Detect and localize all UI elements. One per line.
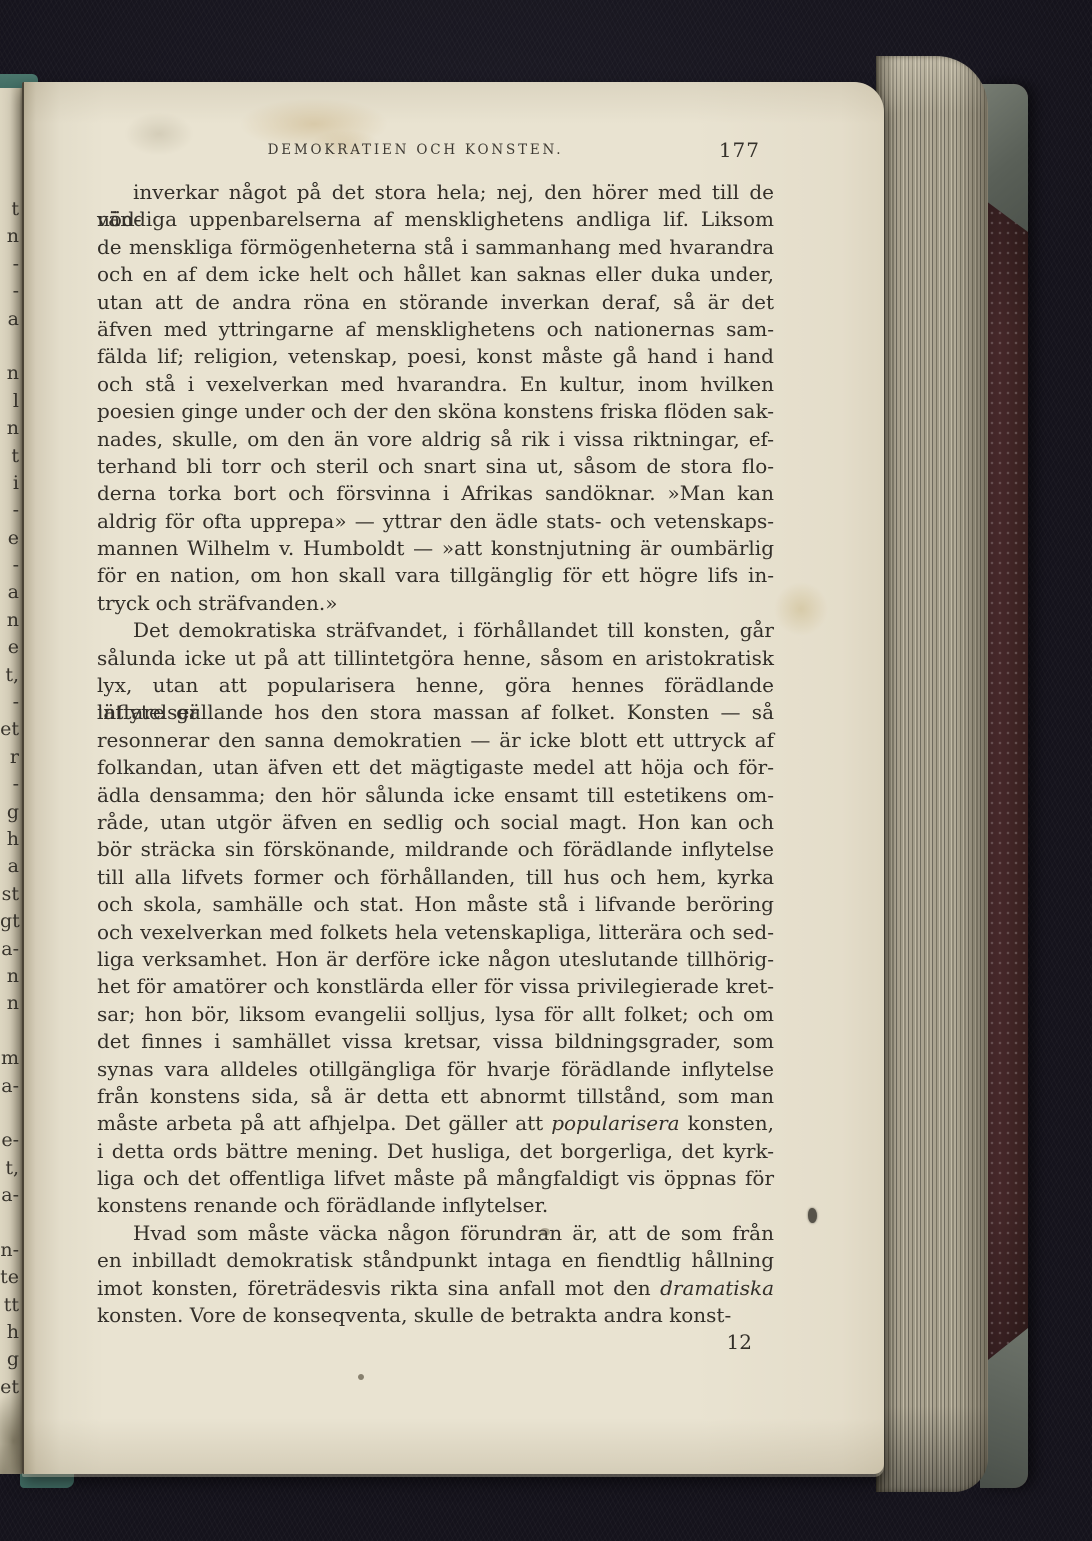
left-page-line-fragment: g	[0, 799, 19, 826]
left-page-line-fragment: t	[0, 443, 19, 470]
text-line: och stå i vexelverkan med hvarandra. En …	[97, 371, 774, 398]
text-line: det finnes i samhället vissa kretsar, vi…	[97, 1028, 774, 1055]
text-line: äfven med yttringarne af mensklighetens …	[97, 316, 774, 343]
text-line: i detta ords bättre mening. Det husliga,…	[97, 1138, 774, 1165]
text-line: sar; hon bör, liksom evangelii solljus, …	[97, 1001, 774, 1028]
text-line: terhand bli torr och steril och snart si…	[97, 453, 774, 480]
left-page-line-fragment: n-	[0, 1237, 19, 1264]
foxing-stain	[772, 582, 830, 636]
text-line: folkandan, utan äfven ett det mägtigaste…	[97, 754, 774, 781]
text-line: fälda lif; religion, vetenskap, poesi, k…	[97, 343, 774, 370]
text-line: resonnerar den sanna demokratien — är ic…	[97, 727, 774, 754]
text-line: råde, utan utgör äfven en sedlig och soc…	[97, 809, 774, 836]
left-page-line-fragment: -	[0, 278, 19, 305]
left-page-line-fragment: -	[0, 771, 19, 798]
text-line: ädla densamma; den hör sålunda icke ensa…	[97, 782, 774, 809]
text-line: och vexelverkan med folkets hela vetensk…	[97, 919, 774, 946]
left-page-line-fragment: et	[0, 1374, 19, 1401]
left-page-line-fragment: st	[0, 881, 19, 908]
signature-mark: 12	[727, 1330, 752, 1354]
left-page-line-fragment: -	[0, 552, 19, 579]
book-fore-edge-pages	[876, 56, 988, 1492]
left-page-line-fragment: -	[0, 251, 19, 278]
text-line: de menskliga förmögenheterna stå i samma…	[97, 234, 774, 261]
left-page-line-fragment: n	[0, 607, 19, 634]
chapter-title: DEMOKRATIEN OCH KONSTEN.	[97, 142, 774, 158]
facing-page-sliver: tn--anlnti-e-anet,-etr-ghastgta-nnma-e-t…	[0, 88, 22, 1474]
text-line: Hvad som måste väcka någon förundran är,…	[97, 1220, 774, 1247]
ink-blot	[808, 1208, 817, 1223]
left-page-line-fragment: i	[0, 470, 19, 497]
left-page-line-fragment: gt	[0, 908, 19, 935]
text-line: bör sträcka sin förskönande, mildrande o…	[97, 836, 774, 863]
left-page-line-fragment: n	[0, 223, 19, 250]
left-page-line-fragment: a-	[0, 1182, 19, 1209]
text-line: och en af dem icke helt och hållet kan s…	[97, 261, 774, 288]
text-line: en inbilladt demokratisk ståndpunkt inta…	[97, 1247, 774, 1274]
left-page-line-fragment	[0, 333, 19, 360]
text-line: utan att de andra röna en störande inver…	[97, 289, 774, 316]
text-line: inverkar något på det stora hela; nej, d…	[97, 179, 774, 206]
text-line: tryck och sträfvanden.»	[97, 590, 774, 617]
left-page-line-fragment: n	[0, 990, 19, 1017]
left-page-line-fragment: t,	[0, 662, 19, 689]
text-line: sålunda icke ut på att tillintetgöra hen…	[97, 645, 774, 672]
text-line: från konstens sida, så är detta ett abno…	[97, 1083, 774, 1110]
left-page-line-fragment: t	[0, 196, 19, 223]
left-page-line-fragment: l	[0, 388, 19, 415]
facing-page-text-fragments: tn--anlnti-e-anet,-etr-ghastgta-nnma-e-t…	[0, 196, 19, 1401]
text-line: liga och det offentliga lifvet måste på …	[97, 1165, 774, 1192]
left-page-line-fragment: e	[0, 634, 19, 661]
left-page-line-fragment: h	[0, 1319, 19, 1346]
left-page-line-fragment: et	[0, 716, 19, 743]
signature-line: 12	[97, 1329, 774, 1356]
text-line: måste arbeta på att afhjelpa. Det gäller…	[97, 1110, 774, 1137]
book-page: DEMOKRATIEN OCH KONSTEN. 177 inverkar nå…	[22, 82, 884, 1474]
text-line: poesien ginge under och der den sköna ko…	[97, 398, 774, 425]
text-line: liga verksamhet. Hon är derföre icke någ…	[97, 946, 774, 973]
text-line: konstens renande och förädlande inflytel…	[97, 1192, 774, 1219]
photo-backdrop: tn--anlnti-e-anet,-etr-ghastgta-nnma-e-t…	[0, 0, 1092, 1541]
left-page-line-fragment: te	[0, 1264, 19, 1291]
left-page-line-fragment: -	[0, 497, 19, 524]
left-page-line-fragment: e-	[0, 1127, 19, 1154]
left-page-line-fragment: e	[0, 525, 19, 552]
text-line: lyx, utan att popularisera henne, göra h…	[97, 672, 774, 699]
text-line: synas vara alldeles otillgängliga för hv…	[97, 1056, 774, 1083]
left-page-line-fragment: tt	[0, 1292, 19, 1319]
left-page-line-fragment: a-	[0, 1073, 19, 1100]
left-page-line-fragment: a	[0, 306, 19, 333]
left-page-line-fragment: g	[0, 1346, 19, 1373]
left-page-line-fragment: -	[0, 689, 19, 716]
text-line: het för amatörer och konstlärda eller fö…	[97, 973, 774, 1000]
page-number: 177	[719, 138, 760, 162]
left-page-line-fragment	[0, 1018, 19, 1045]
text-line: nades, skulle, om den än vore aldrig så …	[97, 426, 774, 453]
left-page-line-fragment	[0, 1209, 19, 1236]
text-line: till alla lifvets former och förhållande…	[97, 864, 774, 891]
left-page-line-fragment: a	[0, 853, 19, 880]
text-line: derna torka bort och försvinna i Afrikas…	[97, 480, 774, 507]
left-page-line-fragment: h	[0, 826, 19, 853]
left-page-line-fragment: n	[0, 360, 19, 387]
text-line: imot konsten, företrädesvis rikta sina a…	[97, 1275, 774, 1302]
text-line: och skola, samhälle och stat. Hon måste …	[97, 891, 774, 918]
left-page-line-fragment: r	[0, 744, 19, 771]
text-line: vändiga uppenbarelserna af menskligheten…	[97, 206, 774, 233]
text-line: lättare gällande hos den stora massan af…	[97, 699, 774, 726]
left-page-line-fragment: n	[0, 963, 19, 990]
left-page-line-fragment	[0, 1100, 19, 1127]
text-line: för en nation, om hon skall vara tillgän…	[97, 562, 774, 589]
page-body: inverkar något på det stora hela; nej, d…	[97, 179, 774, 1357]
left-page-line-fragment: t,	[0, 1155, 19, 1182]
text-line: aldrig för ofta upprepa» — yttrar den äd…	[97, 508, 774, 535]
text-line: mannen Wilhelm v. Humboldt — »att konstn…	[97, 535, 774, 562]
text-line: konsten. Vore de konseqventa, skulle de …	[97, 1302, 774, 1329]
running-header: DEMOKRATIEN OCH KONSTEN. 177	[97, 142, 774, 166]
left-page-line-fragment: m	[0, 1045, 19, 1072]
left-page-line-fragment: a-	[0, 936, 19, 963]
left-page-line-fragment: a	[0, 579, 19, 606]
ink-speck	[358, 1374, 364, 1380]
body-text: inverkar något på det stora hela; nej, d…	[97, 179, 774, 1329]
left-page-line-fragment: n	[0, 415, 19, 442]
text-line: Det demokratiska sträfvandet, i förhålla…	[97, 617, 774, 644]
